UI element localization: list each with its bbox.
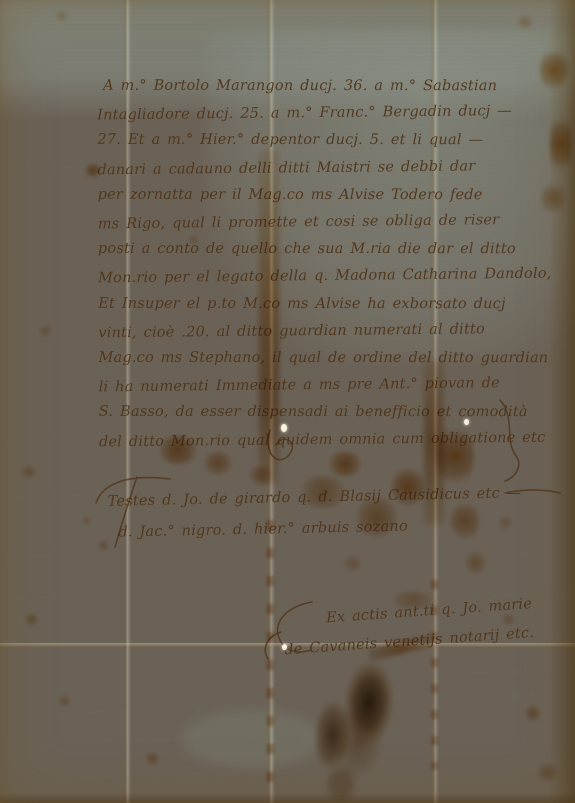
manuscript-page: A m.° Bortolo Marangon ducj. 36. a m.° S…: [0, 0, 575, 803]
scan-vignette: [0, 0, 575, 803]
